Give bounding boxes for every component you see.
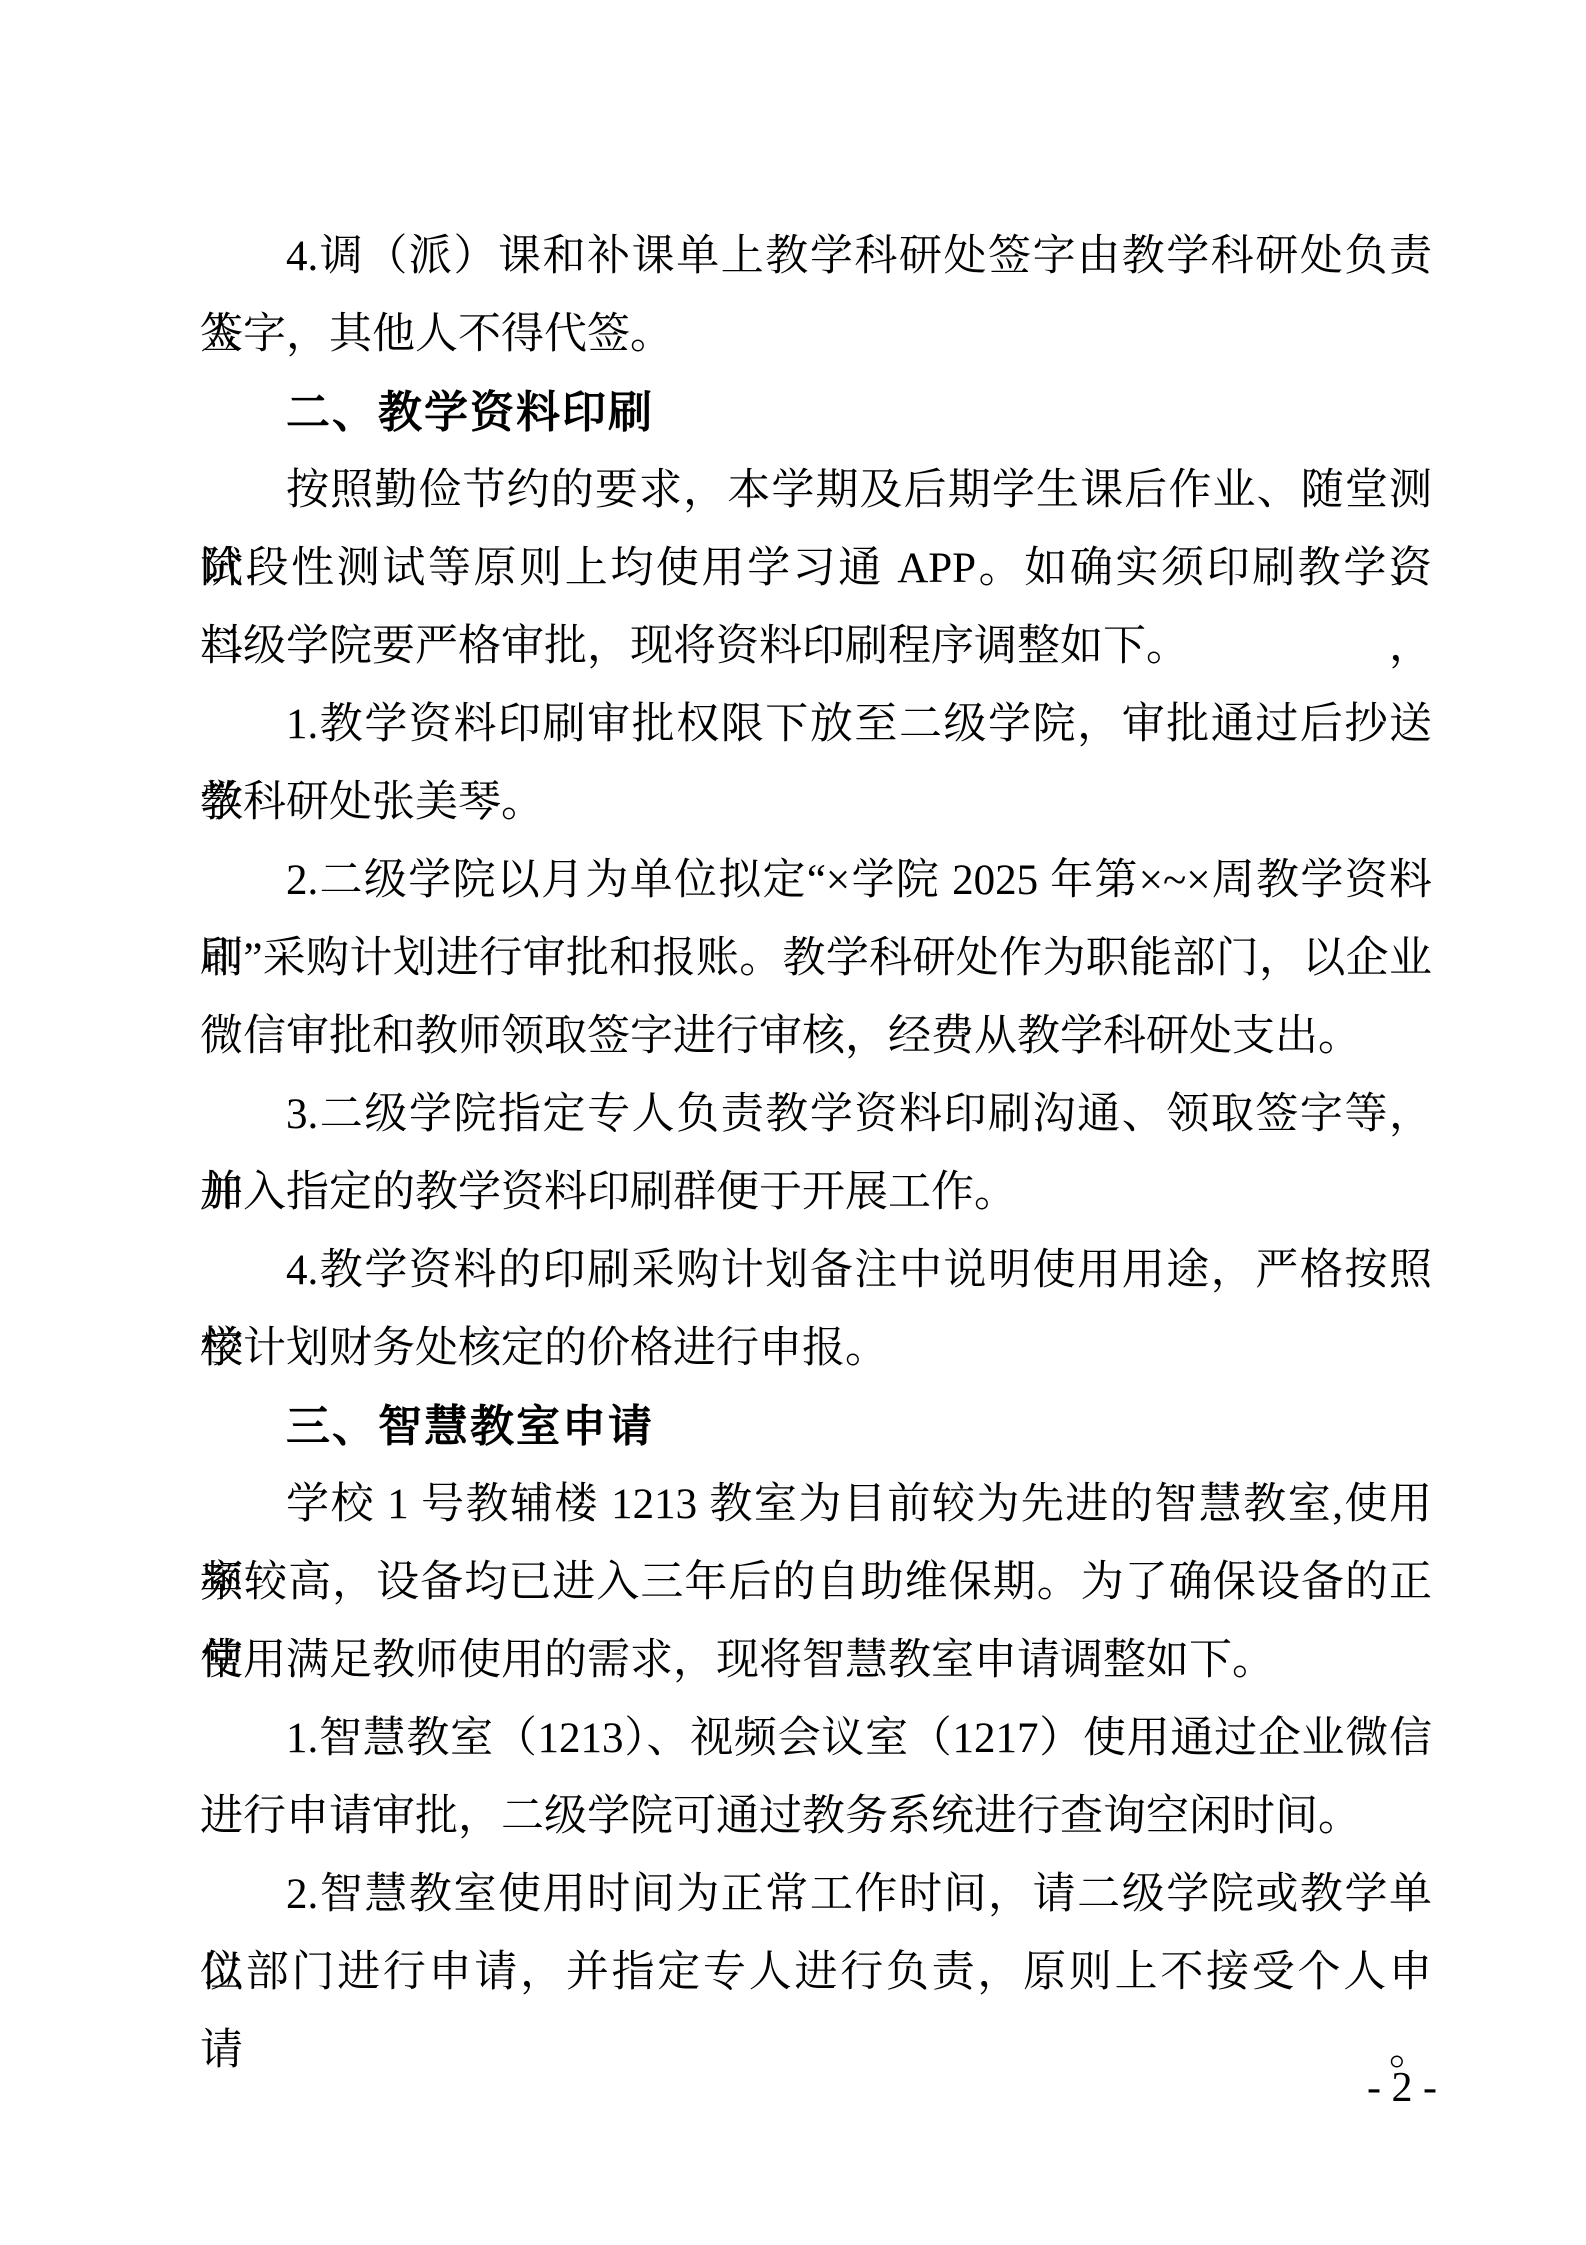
document-line: 校计划财务处核定的价格进行申报。: [200, 1310, 1432, 1388]
document-page: 4.调（派）课和补课单上教学科研处签字由教学科研处负责人签字，其他人不得代签。二…: [0, 0, 1586, 2245]
document-line: 学校 1 号教辅楼 1213 教室为目前较为先进的智慧教室,使用频: [200, 1466, 1432, 1544]
document-line: 4.调（派）课和补课单上教学科研处签字由教学科研处负责人: [200, 218, 1432, 296]
document-line: 1.智慧教室（1213）、视频会议室（1217）使用通过企业微信: [200, 1700, 1432, 1778]
document-line: 率较高，设备均已进入三年后的自助维保期。为了确保设备的正常: [200, 1544, 1432, 1622]
document-body: 4.调（派）课和补课单上教学科研处签字由教学科研处负责人签字，其他人不得代签。二…: [200, 218, 1432, 2012]
document-line: 使用满足教师使用的需求，现将智慧教室申请调整如下。: [200, 1622, 1432, 1700]
document-line: 1.教学资料印刷审批权限下放至二级学院，审批通过后抄送教: [200, 686, 1432, 764]
document-line: 2.二级学院以月为单位拟定“×学院 2025 年第×~×周教学资料印: [200, 842, 1432, 920]
document-line: 4.教学资料的印刷采购计划备注中说明使用用途，严格按照学: [200, 1232, 1432, 1310]
document-line: 阶段性测试等原则上均使用学习通 APP。如确实须印刷教学资料，: [200, 530, 1432, 608]
document-line: 刷”采购计划进行审批和报账。教学科研处作为职能部门，以企业: [200, 920, 1432, 998]
document-line: 3.二级学院指定专人负责教学资料印刷沟通、领取签字等，并: [200, 1076, 1432, 1154]
page-number: - 2 -: [1367, 2058, 1437, 2118]
section-heading: 二、教学资料印刷: [200, 374, 1432, 452]
document-line: 签字，其他人不得代签。: [200, 296, 1432, 374]
document-line: 微信审批和教师领取签字进行审核，经费从教学科研处支出。: [200, 998, 1432, 1076]
document-line: 以部门进行申请，并指定专人进行负责，原则上不接受个人申请。: [200, 1934, 1432, 2012]
section-heading: 三、智慧教室申请: [200, 1388, 1432, 1466]
document-line: 进行申请审批，二级学院可通过教务系统进行查询空闲时间。: [200, 1778, 1432, 1856]
document-line: 学科研处张美琴。: [200, 764, 1432, 842]
document-line: 2.智慧教室使用时间为正常工作时间，请二级学院或教学单位: [200, 1856, 1432, 1934]
document-line: 加入指定的教学资料印刷群便于开展工作。: [200, 1154, 1432, 1232]
document-line: 按照勤俭节约的要求，本学期及后期学生课后作业、随堂测试、: [200, 452, 1432, 530]
